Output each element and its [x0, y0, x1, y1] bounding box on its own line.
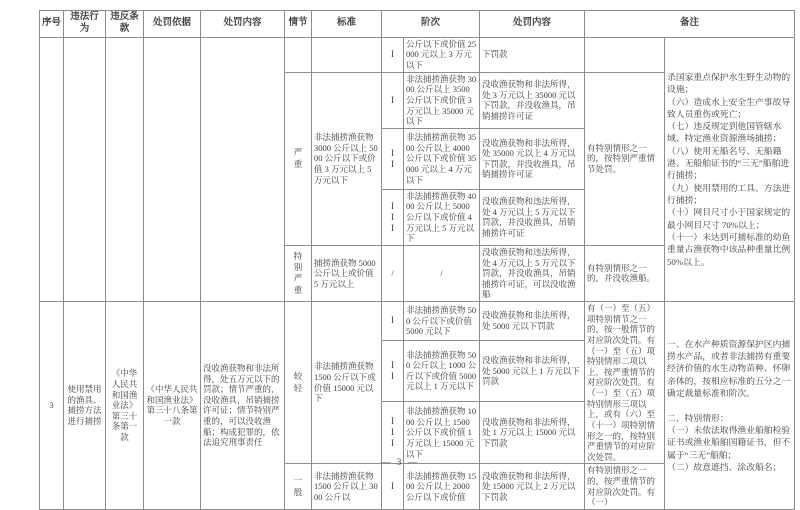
cell-clause-empty	[106, 37, 144, 301]
cell-tier: II	[382, 340, 404, 401]
cell-tier-punishment: 下罚款	[480, 37, 585, 72]
cell-standard-severe: 非法捕捞渔获物 3000 公斤以上 5000 公斤以下或价值 3 万元以上 5 …	[312, 72, 382, 245]
header-clause: 违反条款	[106, 11, 144, 38]
header-seq: 序号	[40, 11, 64, 38]
header-standard: 标准	[312, 11, 382, 38]
cell-remarks-top: 杀国家重点保护水生野生动物的设施； （六）造成水上安全生产事故导致人员重伤或死亡…	[665, 37, 795, 301]
tier-numeral: II	[391, 360, 395, 382]
cell-circumstance-empty	[285, 37, 312, 72]
cell-tier-range: 非法捕捞渔获物 3000 公斤以上 3500 公斤以下或价值 3 万元以上 35…	[404, 72, 480, 128]
cell-tier: I	[382, 37, 404, 72]
cell-note-light: 有（一）至（五）项特别情节之一的，按一般情节的对应阶次处罚。有（一）至（五）项特…	[585, 302, 665, 464]
tier-numeral: III	[391, 201, 395, 233]
cell-note-extra-severe: 有特别情形之一的，并没收渔船。	[585, 245, 665, 301]
cell-tier-range: /	[404, 245, 480, 301]
cell-tier-punishment: 没收渔获物和违法所得，处 4 万元以上 5 万元以下罚款，并没收渔具，吊销捕捞许…	[480, 189, 585, 245]
tier-numeral: I	[391, 49, 395, 60]
cell-circumstance-severe: 严重	[285, 72, 312, 245]
tier-numeral: I	[391, 315, 395, 326]
cell-tier-punishment: 没收渔获物和违法所得，处 4 万元以上 5 万元以下罚款，并没收渔具，吊销捕捞许…	[480, 245, 585, 301]
cell-seq-empty	[40, 37, 64, 301]
tier-numeral: III	[391, 416, 395, 448]
header-tier-punishment: 处罚内容	[480, 11, 585, 38]
header-behavior: 违法行为	[64, 11, 106, 38]
cell-tier-range: 非法捕捞渔获物 500 公斤以下或价值 5000 元以下	[404, 302, 480, 341]
page-number: — 3 —	[0, 458, 800, 468]
cell-tier-punishment: 没收渔获物和非法所得，处 35000 元以上 4 万元以下罚款，并没收渔具，吊销…	[480, 128, 585, 189]
cell-tier-range: 非法捕捞渔获物 1000 公斤以上 1500 公斤以下或价值 1 万元以上 15…	[404, 401, 480, 463]
cell-note-severe: 有特别情形之一的，按特别严重情节处罚。	[585, 72, 665, 245]
header-circumstance: 情节	[285, 11, 312, 38]
cell-tier: I	[382, 302, 404, 341]
cell-tier-range: 非法捕捞渔获物 3500 公斤以上 4000 公斤以下或价值 35000 元以上…	[404, 128, 480, 189]
cell-tier: /	[382, 245, 404, 301]
cell-tier-punishment: 没收渔获物和非法所得，处 5000 元以下罚款	[480, 302, 585, 341]
cell-behavior: 使用禁用的渔具、捕捞方法进行捕捞	[64, 302, 106, 510]
tier-numeral: II	[391, 148, 395, 170]
cell-tier: II	[382, 128, 404, 189]
cell-circumstance-general: 一般	[285, 464, 312, 510]
cell-tier-punishment: 没收渔获物和非法所得，处 15000 元以上 2 万元以下罚款	[480, 464, 585, 510]
cell-basis-empty	[144, 37, 201, 301]
penalty-discretion-table: 序号 违法行为 违反条款 处罚依据 处罚内容 情节 标准 阶次 处罚内容 备注 …	[39, 10, 795, 510]
cell-standard-extra-severe: 捕捞渔获物 5000 公斤以上或价值 5 万元以上	[312, 245, 382, 301]
cell-circumstance-light: 较轻	[285, 302, 312, 464]
cell-circumstance-extra-severe: 特别严重	[285, 245, 312, 301]
cell-tier-punishment: 没收渔获物和非法所得，处 3 万元以上 35000 元以下罚款，并没收渔具，吊销…	[480, 72, 585, 128]
cell-standard-light: 非法捕捞渔获物 1500 公斤以下或价值 15000 元以下	[312, 302, 382, 464]
cell-standard-empty	[312, 37, 382, 72]
cell-clause: 《中华人民共和国渔业法》第三十条第一款	[106, 302, 144, 510]
cell-note-general: 有特别情形之一的，按严重情节的对应阶次处罚。有（一）	[585, 464, 665, 510]
light-tier1-row: 3 使用禁用的渔具、捕捞方法进行捕捞 《中华人民共和国渔业法》第三十条第一款 《…	[40, 302, 795, 341]
cell-tier: III	[382, 189, 404, 245]
cell-tier-range: 公斤以下或价值 25000 元以上 3 万元以下	[404, 37, 480, 72]
cell-tier-range: 非法捕捞渔获物 500 公斤以上 1000 公斤以下或价值 5000 元以上 1…	[404, 340, 480, 401]
cell-tier-punishment: 没收渔获物和非法所得，处 1 万元以上 15000 元以下罚款	[480, 401, 585, 463]
cell-note-empty	[585, 37, 665, 72]
cell-remarks-bottom: 一、在水产种质资源保护区内捕捞水产品，或者非法捕捞有重要经济价值的水生动物苗种、…	[665, 302, 795, 510]
tier-numeral: I	[391, 481, 395, 492]
cell-tier: III	[382, 401, 404, 463]
cell-behavior-empty	[64, 37, 106, 301]
header-remarks: 备注	[585, 11, 795, 38]
table-header-row: 序号 违法行为 违反条款 处罚依据 处罚内容 情节 标准 阶次 处罚内容 备注	[40, 11, 795, 38]
cell-tier-range: 非法捕捞渔获物 4000 公斤以上 5000 公斤以下或价值 4 万元以上 5 …	[404, 189, 480, 245]
cell-tier-range: 非法捕捞渔获物 1500 公斤以上 2000 公斤以下或价值	[404, 464, 480, 510]
cell-punishment: 没收渔获物和非法所得，处五万元以下的罚款；情节严重的，没收渔具，吊销捕捞许可证；…	[201, 302, 285, 510]
cell-punishment-empty	[201, 37, 285, 301]
header-punishment: 处罚内容	[201, 11, 285, 38]
cell-tier-punishment: 没收渔获物和非法所得，处 5000 元以上 1 万元以下罚款	[480, 340, 585, 401]
carryover-row: I 公斤以下或价值 25000 元以上 3 万元以下 下罚款 杀国家重点保护水生…	[40, 37, 795, 72]
header-basis: 处罚依据	[144, 11, 201, 38]
cell-seq: 3	[40, 302, 64, 510]
cell-basis: 《中华人民共和国渔业法》第三十八条第一款	[144, 302, 201, 510]
tier-numeral: I	[391, 95, 395, 106]
cell-tier: I	[382, 72, 404, 128]
cell-tier: I	[382, 464, 404, 510]
cell-standard-general: 非法捕捞渔获物 1500 公斤以上 3000 公斤以	[312, 464, 382, 510]
header-tier: 阶次	[382, 11, 480, 38]
